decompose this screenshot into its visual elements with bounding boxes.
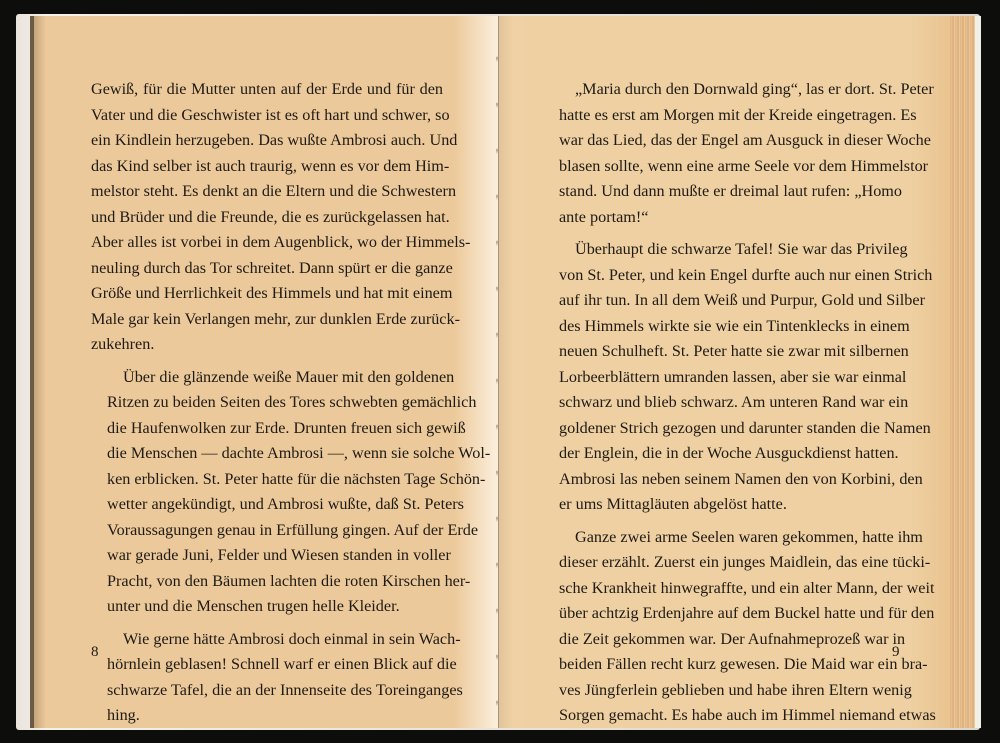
text-line: die Menschen — dachte Ambrosi —, wenn si… [91, 441, 443, 467]
text-line: Aber alles ist vorbei in dem Augenblick,… [91, 230, 443, 256]
text-line: Voraussagungen genau in Erfüllung gingen… [91, 518, 443, 544]
text-line: von St. Peter, und kein Engel durfte auc… [543, 263, 898, 289]
text-line: der Englein, die in der Woche Ausguckdie… [543, 441, 898, 467]
text-line: ves Jüngferlein geblieben und habe ihren… [543, 678, 898, 704]
text-line: blasen sollte, wenn eine arme Seele vor … [543, 154, 898, 180]
text-line: war das Lied, das der Engel am Ausguck i… [543, 128, 898, 154]
text-line: hörnlein geblasen! Schnell warf er einen… [91, 652, 443, 678]
text-line: hatte es erst am Morgen mit der Kreide e… [543, 103, 898, 129]
text-line: ein Kindlein herzugeben. Das wußte Ambro… [91, 128, 443, 154]
page-edges [950, 16, 981, 728]
text-line: sche Krankheit hinwegraffte, und ein alt… [543, 576, 898, 602]
paragraph: Gewiß, für die Mutter unten auf der Erde… [91, 77, 443, 358]
text-line: ante portam!“ [543, 205, 898, 231]
paragraph: Über die glänzende weiße Mauer mit den g… [91, 365, 443, 620]
paragraph: Überhaupt die schwarze Tafel! Sie war da… [543, 237, 898, 518]
left-page-text: Gewiß, für die Mutter unten auf der Erde… [91, 77, 443, 736]
text-line: „Maria durch den Dornwald ging“, las er … [543, 77, 898, 103]
text-line: und Brüder und die Freunde, die es zurüc… [91, 205, 443, 231]
text-line: wetter angekündigt, und Ambrosi wußte, d… [91, 492, 443, 518]
right-page: „Maria durch den Dornwald ging“, las er … [498, 16, 950, 728]
text-line: stand. Und dann mußte er dreimal laut ru… [543, 179, 898, 205]
text-line: das Kind selber ist auch traurig, wenn e… [91, 154, 443, 180]
text-line: zukehren. [91, 332, 443, 358]
right-page-text: „Maria durch den Dornwald ging“, las er … [543, 77, 898, 736]
paragraph: Wie gerne hätte Ambrosi doch einmal in s… [91, 627, 443, 729]
text-line: goldener Strich gezogen und darunter sta… [543, 416, 898, 442]
text-line: Ganze zwei arme Seelen waren gekommen, h… [543, 525, 898, 551]
page-number: 8 [91, 644, 99, 661]
open-book: Gewiß, für die Mutter unten auf der Erde… [30, 16, 975, 728]
text-line: die Zeit gekommen war. Der Aufnahmeproze… [543, 627, 898, 653]
text-line: die Haufenwolken zur Erde. Drunten freue… [91, 416, 443, 442]
text-line: schwarz und blieb schwarz. Am unteren Ra… [543, 390, 898, 416]
paragraph: „Maria durch den Dornwald ging“, las er … [543, 77, 898, 230]
text-line: beiden Fällen recht kurz gewesen. Die Ma… [543, 652, 898, 678]
paragraph: Ganze zwei arme Seelen waren gekommen, h… [543, 525, 898, 729]
text-line: des Himmels wirkte sie wie ein Tintenkle… [543, 314, 898, 340]
page-number: 9 [892, 644, 900, 661]
text-line: Vater und die Geschwister ist es oft har… [91, 103, 443, 129]
text-line: hing. [91, 703, 443, 729]
text-line: Ambrosi las neben seinem Namen den von K… [543, 467, 898, 493]
text-line: dieser erzählt. Zuerst ein junges Maidle… [543, 550, 898, 576]
text-line: neuen Schulheft. St. Peter hatte sie zwa… [543, 339, 898, 365]
text-line: über achtzig Erdenjahre auf dem Buckel h… [543, 601, 898, 627]
text-line: Gewiß, für die Mutter unten auf der Erde… [91, 77, 443, 103]
text-line: er ums Mittagläuten abgelöst hatte. [543, 492, 898, 518]
text-line: Pracht, von den Bäumen lachten die roten… [91, 569, 443, 595]
text-line: Male gar kein Verlangen mehr, zur dunkle… [91, 307, 443, 333]
text-line: war gerade Juni, Felder und Wiesen stand… [91, 543, 443, 569]
text-line: neuling durch das Tor schreitet. Dann sp… [91, 256, 443, 282]
text-line: unter und die Menschen trugen helle Klei… [91, 594, 443, 620]
left-page: Gewiß, für die Mutter unten auf der Erde… [30, 16, 498, 728]
text-line: auf ihr tun. In all dem Weiß und Purpur,… [543, 288, 898, 314]
text-line: melstor steht. Es denkt an die Eltern un… [91, 179, 443, 205]
text-line: Ritzen zu beiden Seiten des Tores schweb… [91, 390, 443, 416]
text-line: Lorbeerblättern umranden lassen, aber si… [543, 365, 898, 391]
text-line: Größe und Herrlichkeit des Himmels und h… [91, 281, 443, 307]
text-line: ken erblicken. St. Peter hatte für die n… [91, 467, 443, 493]
text-line: schwarze Tafel, die an der Innenseite de… [91, 678, 443, 704]
text-line: Über die glänzende weiße Mauer mit den g… [91, 365, 443, 391]
text-line: Wie gerne hätte Ambrosi doch einmal in s… [91, 627, 443, 653]
text-line: Sorgen gemacht. Es habe auch im Himmel n… [543, 703, 898, 729]
text-line: Überhaupt die schwarze Tafel! Sie war da… [543, 237, 898, 263]
